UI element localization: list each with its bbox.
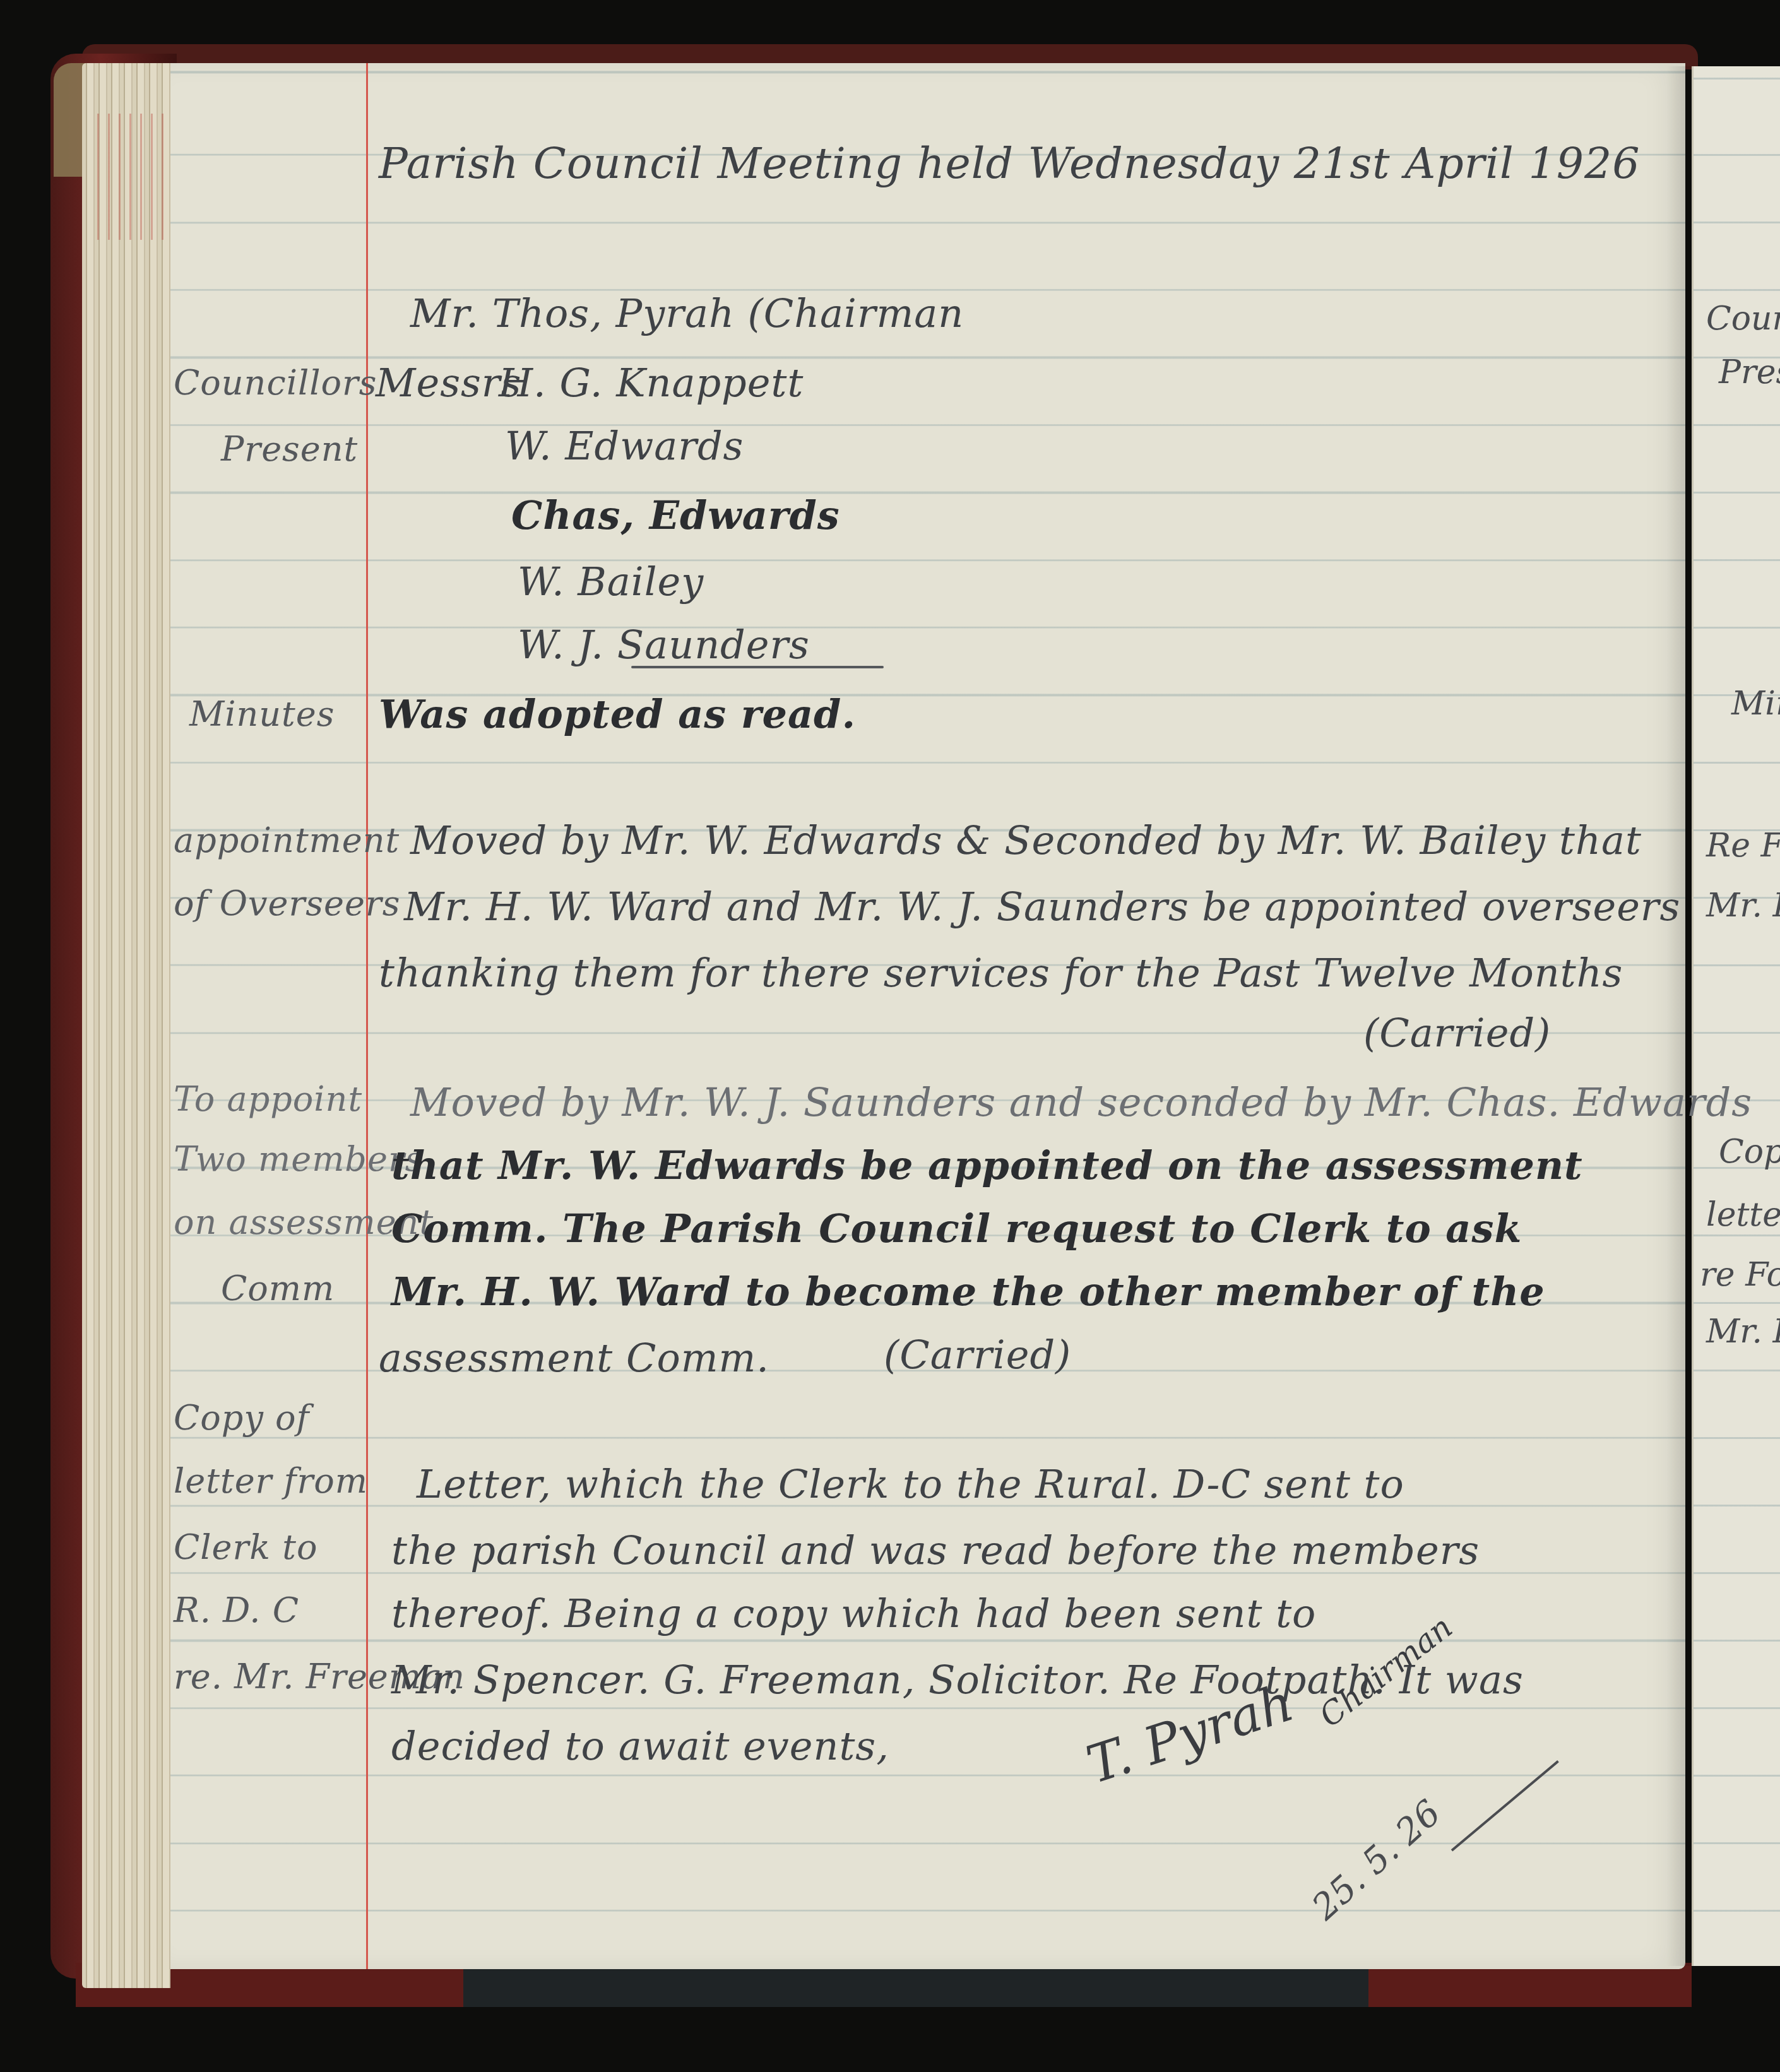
facing-fragment: Re Foo <box>1706 827 1780 865</box>
item3-line: Letter, which the Clerk to the Rural. D-… <box>417 1461 1404 1507</box>
facing-fragment: Mr. Fre <box>1706 887 1780 925</box>
facing-fragment: Mr. Fr <box>1706 1313 1780 1351</box>
book-cover-bottom <box>76 1963 1692 2007</box>
item1-line: Mr. H. W. Ward and Mr. W. J. Saunders be… <box>404 884 1680 930</box>
member-name: H. G. Knappett <box>499 360 804 406</box>
member-name: Chas, Edwards <box>511 492 840 538</box>
item3-line: thereof. Being a copy which had been sen… <box>391 1590 1316 1637</box>
item1-line: Moved by Mr. W. Edwards & Seconded by Mr… <box>410 817 1642 863</box>
margin-label-present: Present <box>221 429 358 469</box>
facing-fragment: re Foot <box>1700 1256 1780 1294</box>
margin-label-item2: Comm <box>221 1269 335 1308</box>
margin-label-item3: Copy of <box>174 1398 310 1438</box>
margin-label-item2: To appoint <box>174 1079 362 1119</box>
page-edges-red-tint <box>88 114 164 240</box>
margin-label-item1: appointment <box>174 820 400 860</box>
item2-line: Mr. H. W. Ward to become the other membe… <box>391 1269 1545 1315</box>
gutter-shadow <box>1666 66 1692 1966</box>
member-name: W. Edwards <box>505 423 744 469</box>
page-edges <box>82 63 170 1988</box>
facing-fragment: letter <box>1706 1196 1780 1234</box>
item2-line: assessment Comm. <box>379 1335 769 1381</box>
margin-label-item1: of Overseers <box>174 884 400 923</box>
item1-result: (Carried) <box>1363 1010 1551 1056</box>
item1-line: thanking them for there services for the… <box>379 950 1623 996</box>
member-name: W. J. Saunders <box>518 622 810 668</box>
meeting-title: Parish Council Meeting held Wednesday 21… <box>379 139 1640 189</box>
member-name: W. Bailey <box>518 559 704 605</box>
facing-fragment: Pres <box>1719 353 1780 391</box>
margin-label-councillors: Councillors <box>174 363 377 403</box>
facing-fragment: Min <box>1731 685 1780 723</box>
item2-line: that Mr. W. Edwards be appointed on the … <box>391 1142 1583 1188</box>
item2-result: (Carried) <box>884 1332 1071 1378</box>
chairman-line: Mr. Thos, Pyrah (Chairman <box>410 290 964 336</box>
margin-label-item3: letter from <box>174 1461 368 1501</box>
minutes-text: Was adopted as read. <box>379 691 856 737</box>
margin-label-item3: Clerk to <box>174 1527 317 1567</box>
item3-line: the parish Council and was read before t… <box>391 1527 1480 1573</box>
margin-label-minutes: Minutes <box>189 694 335 734</box>
margin-label-item3: R. D. C <box>174 1590 299 1630</box>
item3-line: decided to await events, <box>391 1723 889 1769</box>
margin-label-item2: Two members <box>174 1139 423 1179</box>
facing-fragment: Cop <box>1719 1133 1780 1171</box>
item2-line: Moved by Mr. W. J. Saunders and seconded… <box>410 1079 1752 1125</box>
facing-fragment: Coun <box>1706 300 1780 338</box>
facing-page: Coun Pres Min Re Foo Mr. Fre Cop letter … <box>1692 66 1780 1966</box>
item2-line: Comm. The Parish Council request to Cler… <box>391 1205 1522 1252</box>
saunders-underline <box>631 666 884 668</box>
